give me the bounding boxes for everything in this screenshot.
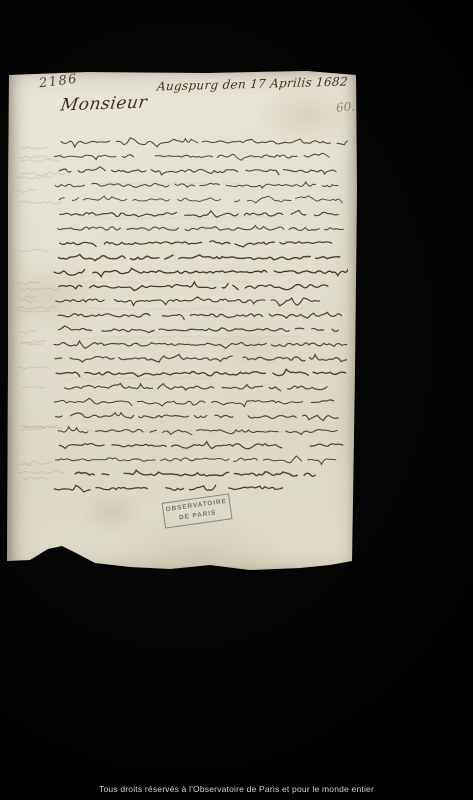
copyright-notice: Tous droits réservés à l'Observatoire de…	[0, 784, 473, 794]
photo-background: 2186 Augspurg den 17 Aprilis 1682 60. Mo…	[0, 0, 473, 800]
handwriting-strokes	[12, 116, 348, 508]
letter-paper: 2186 Augspurg den 17 Aprilis 1682 60. Mo…	[7, 70, 358, 572]
manuscript-body	[12, 116, 348, 508]
folio-number: 60.	[335, 99, 355, 115]
letter-salutation: Monsieur	[59, 93, 148, 116]
letter-dateline: Augspurg den 17 Aprilis 1682	[156, 74, 348, 93]
archive-number: 2186	[38, 72, 79, 92]
